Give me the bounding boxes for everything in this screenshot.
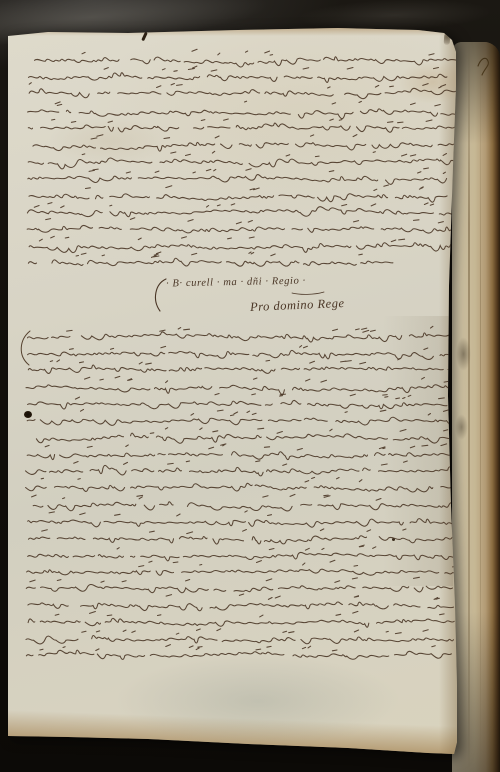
note-underline-flourish bbox=[292, 292, 324, 294]
handwriting-line bbox=[28, 252, 393, 266]
handwriting-line bbox=[29, 185, 447, 202]
handwriting-line bbox=[29, 66, 447, 82]
handwriting-line bbox=[28, 594, 454, 611]
handwriting-line bbox=[26, 461, 455, 476]
page-edge-crease bbox=[468, 42, 470, 772]
handwriting-layer bbox=[0, 0, 500, 772]
handwriting-line bbox=[26, 645, 451, 660]
handwriting-line bbox=[36, 428, 458, 444]
handwriting-line bbox=[28, 611, 454, 627]
handwriting-line bbox=[28, 119, 454, 132]
handwriting-line bbox=[28, 511, 456, 527]
handwriting-line bbox=[27, 444, 450, 460]
handwriting-line bbox=[28, 394, 447, 410]
handwriting-line bbox=[35, 49, 462, 67]
foxing-stain bbox=[48, 116, 168, 166]
folio-mark bbox=[444, 33, 451, 45]
handwriting-line bbox=[27, 203, 456, 217]
handwriting-line bbox=[28, 359, 459, 374]
edge-smudge bbox=[456, 337, 471, 371]
handwriting-line bbox=[27, 409, 454, 425]
note-paraph-mark bbox=[155, 279, 166, 311]
handwriting-line bbox=[26, 376, 457, 394]
photo-background: · B· curell · ma · dñi · Regio · Pro dom… bbox=[0, 0, 500, 772]
handwriting-line bbox=[28, 345, 457, 360]
chancery-note-secondary: Pro domino Rege bbox=[250, 296, 345, 315]
paraph-marks-layer bbox=[8, 26, 457, 756]
handwriting-line bbox=[28, 168, 447, 184]
handwriting-line bbox=[28, 101, 460, 119]
book-fore-edge bbox=[452, 42, 500, 772]
ink-blot bbox=[24, 411, 32, 418]
handwriting-line bbox=[26, 477, 451, 492]
manuscript-page-wrap: · B· curell · ma · dñi · Regio · Pro dom… bbox=[8, 26, 457, 756]
top-edge-stain bbox=[8, 26, 457, 36]
handwriting-line bbox=[29, 529, 462, 544]
bottom-edge-stain bbox=[2, 710, 464, 757]
fore-edge-mark bbox=[474, 50, 496, 82]
handwriting-line bbox=[27, 218, 460, 233]
handwriting-line bbox=[26, 577, 452, 592]
ink-dot bbox=[392, 538, 395, 541]
handwriting-line bbox=[33, 135, 454, 152]
handwriting-line bbox=[26, 629, 453, 644]
margin-paraph-mark bbox=[21, 331, 30, 365]
manuscript-page: · B· curell · ma · dñi · Regio · Pro dom… bbox=[8, 26, 457, 756]
handwriting-line bbox=[29, 83, 456, 99]
handwriting-line bbox=[28, 545, 457, 561]
handwriting-line bbox=[28, 151, 457, 169]
handwriting-line bbox=[27, 560, 458, 575]
handwriting-line bbox=[28, 326, 456, 342]
page-edge-crease bbox=[480, 42, 481, 772]
handwriting-line bbox=[29, 236, 457, 252]
chancery-note: · B· curell · ma · dñi · Regio · bbox=[166, 276, 306, 290]
handwriting-line bbox=[32, 494, 461, 511]
gutter-shadow bbox=[439, 26, 457, 756]
